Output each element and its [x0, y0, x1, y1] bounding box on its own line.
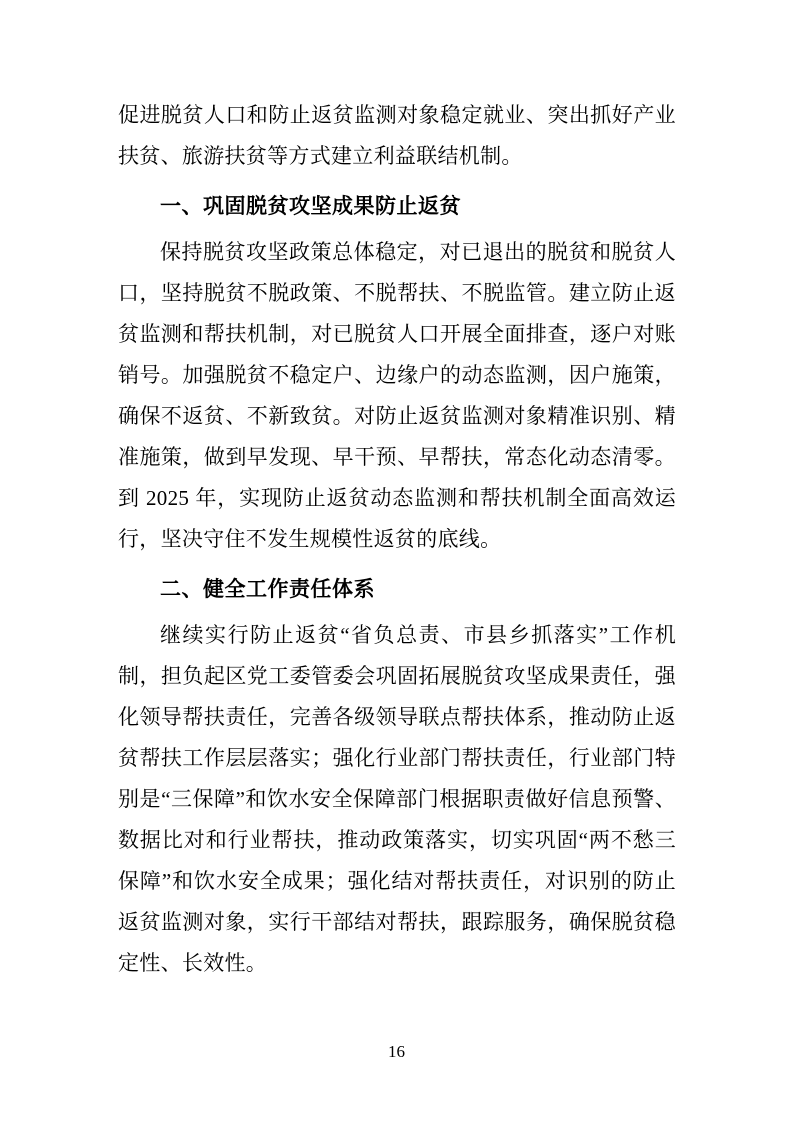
- section-1-paragraph: 保持脱贫攻坚政策总体稳定，对已退出的脱贫和脱贫人口，坚持脱贫不脱政策、不脱帮扶、…: [118, 232, 676, 560]
- section-heading-2: 二、健全工作责任体系: [118, 569, 676, 610]
- document-content: 促进脱贫人口和防止返贫监测对象稳定就业、突出抓好产业扶贫、旅游扶贫等方式建立利益…: [118, 95, 676, 984]
- section-heading-1: 一、巩固脱贫攻坚成果防止返贫: [118, 186, 676, 227]
- document-page: 促进脱贫人口和防止返贫监测对象稳定就业、突出抓好产业扶贫、旅游扶贫等方式建立利益…: [0, 0, 793, 1122]
- section-2-paragraph: 继续实行防止返贫“省负总责、市县乡抓落实”工作机制，担负起区党工委管委会巩固拓展…: [118, 615, 676, 984]
- page-number: 16: [0, 1042, 793, 1062]
- paragraph-continuation: 促进脱贫人口和防止返贫监测对象稳定就业、突出抓好产业扶贫、旅游扶贫等方式建立利益…: [118, 95, 676, 177]
